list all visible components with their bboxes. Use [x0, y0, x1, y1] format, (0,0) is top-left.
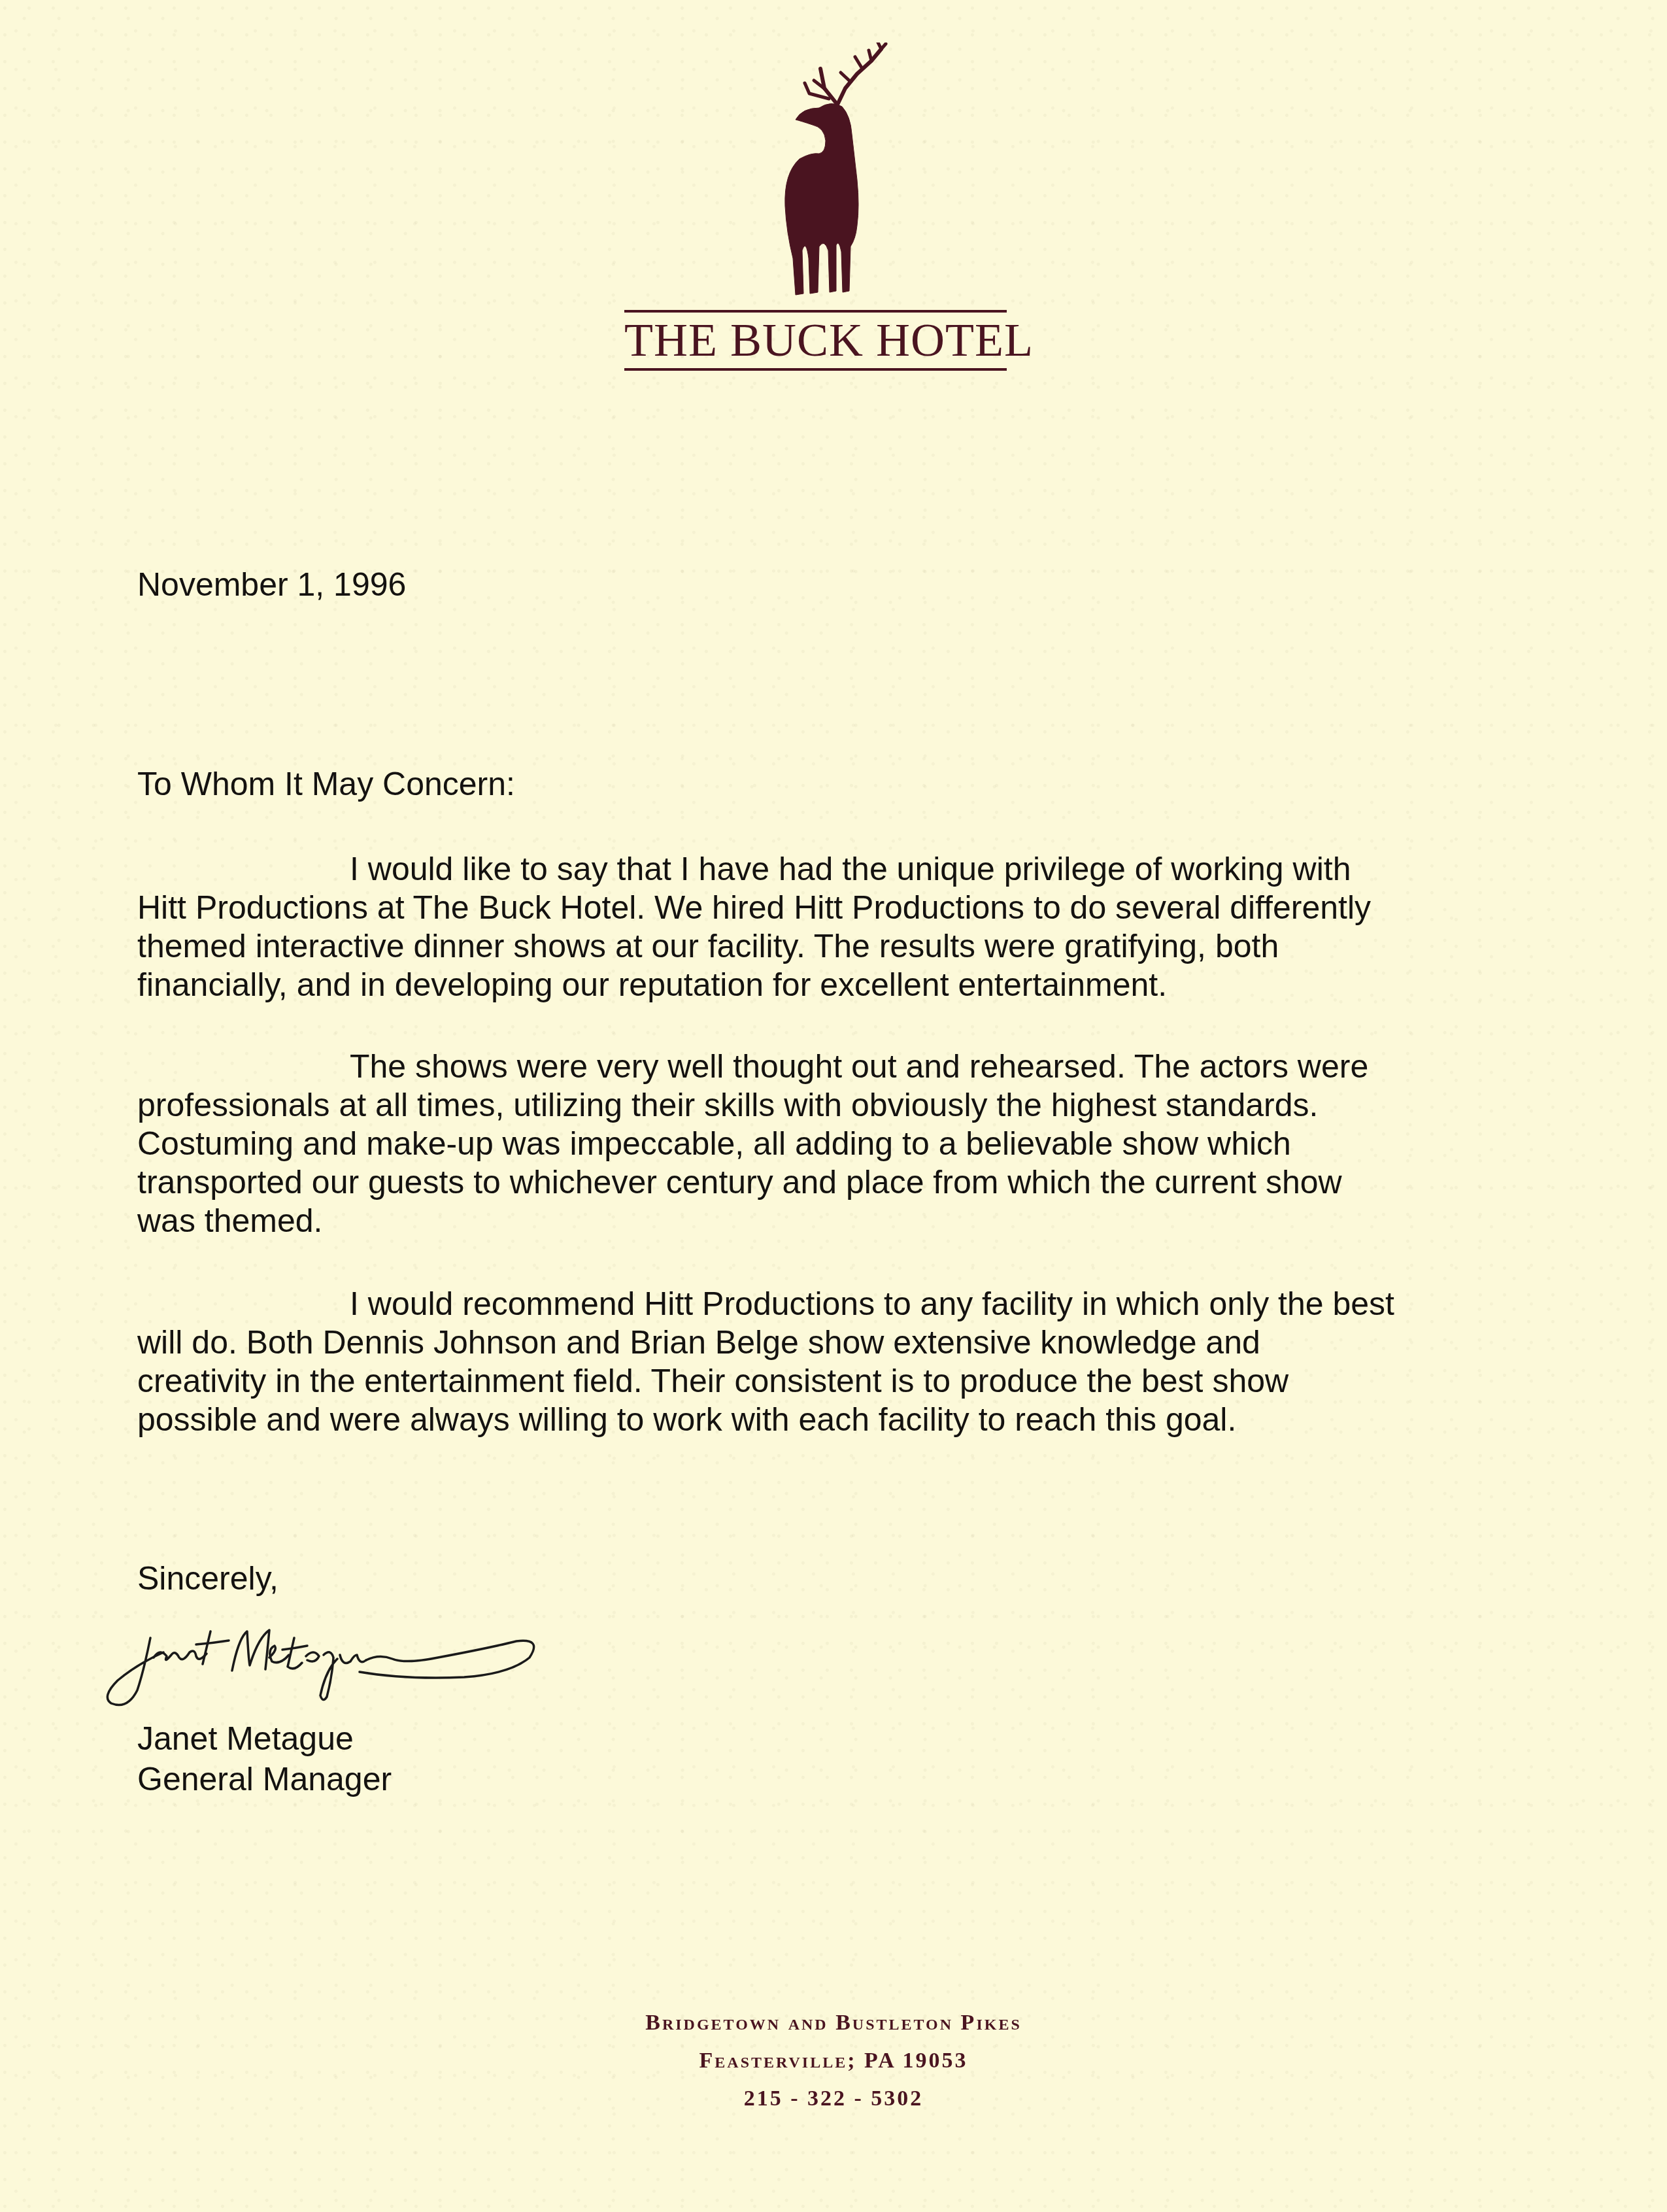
paragraph-1: I would like to say that I have had the … [137, 850, 1471, 1004]
paragraph-line: transported our guests to whichever cent… [137, 1163, 1471, 1202]
hotel-name: THE BUCK HOTEL [624, 313, 1007, 367]
signer-title: General Manager [137, 1760, 1510, 1799]
letter-date: November 1, 1996 [137, 566, 1510, 604]
footer-phone: 215 - 322 - 5302 [0, 2080, 1667, 2118]
salutation: To Whom It May Concern: [137, 765, 1510, 804]
paragraph-line: creativity in the entertainment field. T… [137, 1362, 1471, 1401]
paragraph-line: Hitt Productions at The Buck Hotel. We h… [137, 889, 1471, 927]
paragraph-line: financially, and in developing our reput… [137, 966, 1471, 1004]
address-footer: Bridgetown and Bustleton Pikes Feastervi… [0, 2004, 1667, 2118]
paragraph-line: professionals at all times, utilizing th… [137, 1086, 1471, 1125]
paragraph-line: themed interactive dinner shows at our f… [137, 927, 1471, 966]
paragraph-2: The shows were very well thought out and… [137, 1047, 1471, 1240]
footer-city: Feasterville; PA 19053 [0, 2042, 1667, 2080]
paragraph-line: I would like to say that I have had the … [137, 850, 1471, 889]
paragraph-line: Costuming and make-up was impeccable, al… [137, 1125, 1471, 1163]
footer-street: Bridgetown and Bustleton Pikes [0, 2004, 1667, 2042]
letterhead-bottom-rule [624, 368, 1007, 371]
paragraph-3: I would recommend Hitt Productions to an… [137, 1285, 1471, 1439]
signature-icon [98, 1612, 556, 1716]
closing: Sincerely, [137, 1559, 1510, 1598]
paragraph-line: was themed. [137, 1202, 1471, 1240]
signer-name: Janet Metague [137, 1720, 1510, 1758]
paragraph-line: The shows were very well thought out and… [137, 1047, 1471, 1086]
paragraph-line: will do. Both Dennis Johnson and Brian B… [137, 1323, 1471, 1362]
paragraph-line: I would recommend Hitt Productions to an… [137, 1285, 1471, 1323]
paragraph-line: possible and were always willing to work… [137, 1401, 1471, 1439]
deer-logo-icon [773, 43, 888, 299]
